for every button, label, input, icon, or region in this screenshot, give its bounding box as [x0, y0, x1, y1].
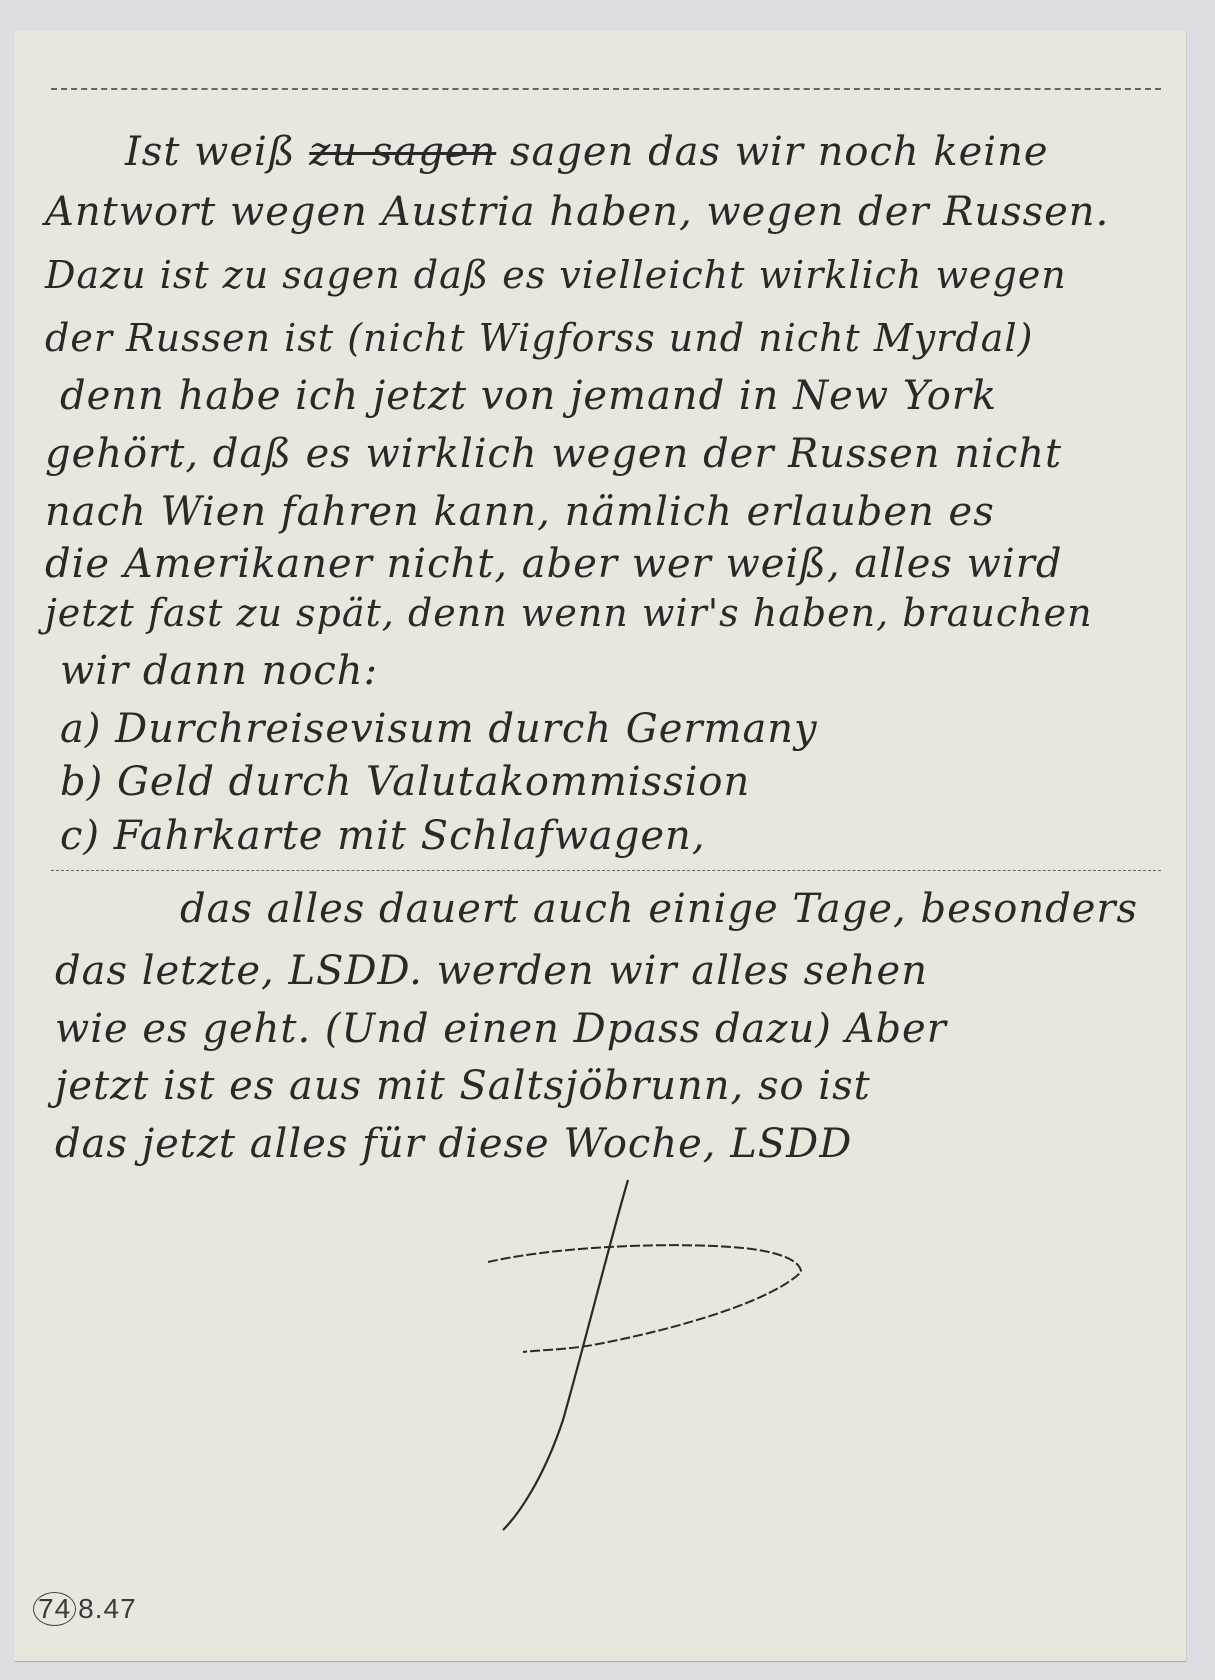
closing-line-4: jetzt ist es aus mit Saltsjöbrunn, so is…: [55, 1063, 871, 1109]
struck-text: zu sagen: [309, 129, 496, 175]
archive-reference: 748.47: [33, 1592, 137, 1626]
letter-line-4: der Russen ist (nicht Wigforss und nicht…: [45, 316, 1033, 360]
signature-mark: [483, 1170, 823, 1540]
top-divider: [51, 88, 1161, 90]
line-text: sagen das wir noch keine: [496, 129, 1048, 175]
closing-line-1: das alles dauert auch einige Tage, beson…: [180, 886, 1138, 932]
closing-line-2: das letzte, LSDD. werden wir alles sehen: [55, 948, 928, 994]
list-text: Fahrkarte mit Schlafwagen,: [114, 813, 706, 859]
list-marker: b): [60, 759, 103, 805]
archive-date: 8.47: [78, 1593, 137, 1624]
letter-line-2: Antwort wegen Austria haben, wegen der R…: [45, 189, 1109, 235]
letter-line-7: nach Wien fahren kann, nämlich erlauben …: [45, 489, 995, 535]
list-marker: c): [60, 813, 100, 859]
list-item-a: a) Durchreisevisum durch Germany: [60, 706, 818, 752]
closing-line-5: das jetzt alles für diese Woche, LSDD: [55, 1121, 852, 1167]
list-text: Durchreisevisum durch Germany: [115, 706, 817, 752]
list-marker: a): [60, 706, 101, 752]
line-text: Ist weiß: [125, 129, 309, 175]
letter-line-1: Ist weiß zu sagen sagen das wir noch kei…: [125, 129, 1049, 175]
letter-line-8: die Amerikaner nicht, aber wer weiß, all…: [45, 541, 1062, 587]
middle-divider: [51, 870, 1161, 871]
letter-line-5: denn habe ich jetzt von jemand in New Yo…: [60, 373, 997, 419]
letter-line-10: wir dann noch:: [60, 648, 378, 694]
list-item-c: c) Fahrkarte mit Schlafwagen,: [60, 813, 706, 859]
list-item-b: b) Geld durch Valutakommission: [60, 759, 750, 805]
list-text: Geld durch Valutakommission: [117, 759, 750, 805]
letter-line-3: Dazu ist zu sagen daß es vielleicht wirk…: [45, 253, 1067, 297]
closing-line-3: wie es geht. (Und einen Dpass dazu) Aber: [55, 1006, 947, 1052]
letter-line-6: gehört, daß es wirklich wegen der Russen…: [45, 431, 1062, 477]
archive-number-circled: 74: [33, 1592, 76, 1626]
letter-line-9: jetzt fast zu spät, denn wenn wir's habe…: [45, 591, 1093, 635]
